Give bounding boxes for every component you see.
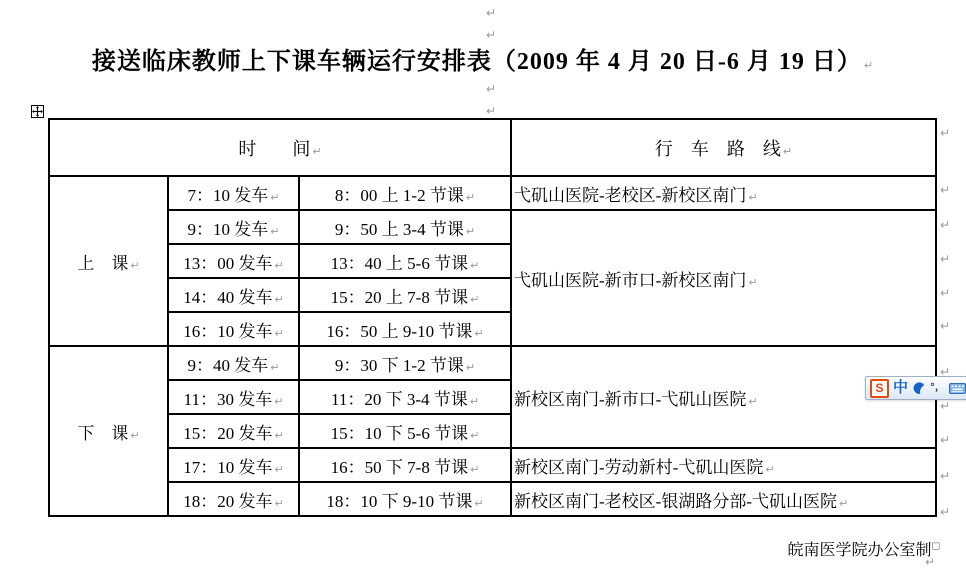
depart-text: 7：10 发车 (188, 186, 269, 205)
document-title-text: 接送临床教师上下课车辆运行安排表（2009 年 4 月 20 日-6 月 19 … (92, 49, 862, 75)
row-end-mark: ↵ (940, 320, 950, 332)
table-header-row: 时 间↵ 行 车 路 线↵ (49, 119, 936, 176)
table-row: 上 课↵ 7：10 发车↵ 8：00 上 1-2 节课↵ 弋矶山医院-老校区-新… (49, 176, 936, 210)
cell-route[interactable]: 新校区南门-劳动新村-弋矶山医院↵ (511, 448, 936, 482)
row-end-mark: ↵ (940, 434, 950, 446)
depart-text: 11：30 发车 (184, 390, 273, 409)
cell-class-time[interactable]: 16：50 上 9-10 节课↵ (299, 312, 511, 346)
depart-text: 9：10 发车 (188, 220, 269, 239)
chinese-mode-icon[interactable]: 中 (893, 380, 908, 396)
paragraph-mark-icon: ↵ (270, 225, 279, 238)
cell-depart-time[interactable]: 15：20 发车↵ (168, 414, 299, 448)
paragraph-mark-icon: ↵ (748, 276, 757, 289)
cell-route-merged[interactable]: 弋矶山医院-新市口-新校区南门↵ (511, 210, 936, 346)
depart-text: 18：20 发车 (183, 492, 272, 511)
paragraph-mark-icon: ↵ (275, 497, 284, 510)
paragraph-mark-icon: ↵ (275, 259, 284, 272)
cell-depart-time[interactable]: 11：30 发车↵ (168, 380, 299, 414)
depart-text: 16：10 发车 (183, 322, 272, 341)
cell-class-time[interactable]: 9：50 上 3-4 节课↵ (299, 210, 511, 244)
depart-text: 9：40 发车 (188, 356, 269, 375)
cell-depart-time[interactable]: 16：10 发车↵ (168, 312, 299, 346)
footer-credit[interactable]: 皖南医学院办公室制□ (505, 537, 940, 560)
cell-route[interactable]: 弋矶山医院-老校区-新校区南门↵ (511, 176, 936, 210)
section-label-cell[interactable]: 上 课↵ (49, 176, 168, 346)
route-text: 新校区南门-劳动新村-弋矶山医院 (514, 458, 763, 477)
cell-depart-time[interactable]: 18：20 发车↵ (168, 482, 299, 516)
paragraph-mark-icon: ↵ (474, 497, 483, 510)
paragraph-mark-icon: ↵ (466, 225, 475, 238)
paragraph-mark-icon: ↵ (925, 556, 935, 568)
class-text: 11：20 下 3-4 节课 (331, 390, 468, 409)
section-label-text: 上 课 (77, 254, 128, 273)
depart-text: 14：40 发车 (183, 288, 272, 307)
paragraph-mark-icon: ↵ (275, 463, 284, 476)
row-end-mark: ↵ (940, 506, 950, 518)
class-text: 9：30 下 1-2 节课 (335, 356, 464, 375)
paragraph-mark-icon: ↵ (470, 259, 479, 272)
paragraph-mark-icon: ↵ (474, 327, 483, 340)
cell-end-mark: □ (931, 542, 940, 552)
cell-route[interactable]: 新校区南门-老校区-银湖路分部-弋矶山医院↵ (511, 482, 936, 516)
paragraph-mark-icon: ↵ (270, 191, 279, 204)
cell-class-time[interactable]: 9：30 下 1-2 节课↵ (299, 346, 511, 380)
row-end-mark: ↵ (940, 400, 950, 412)
route-text: 新校区南门-新市口-弋矶山医院 (514, 390, 746, 409)
document-title[interactable]: 接送临床教师上下课车辆运行安排表（2009 年 4 月 20 日-6 月 19 … (0, 41, 966, 76)
depart-text: 13：00 发车 (183, 254, 272, 273)
paragraph-mark-icon: ↵ (864, 59, 874, 72)
paragraph-mark-icon: ↵ (765, 463, 774, 476)
depart-text: 15：20 发车 (183, 424, 272, 443)
row-end-mark: ↵ (940, 253, 950, 265)
paragraph-mark-icon: ↵ (470, 429, 479, 442)
paragraph-mark-icon: ↵ (470, 395, 479, 408)
depart-text: 17：10 发车 (183, 458, 272, 477)
paragraph-mark-icon: ↵ (839, 497, 848, 510)
paragraph-mark-icon: ↵ (275, 327, 284, 340)
header-cell-time[interactable]: 时 间↵ (49, 119, 511, 176)
table-row: 18：20 发车↵ 18：10 下 9-10 节课↵ 新校区南门-老校区-银湖路… (49, 482, 936, 516)
table-row: 9：10 发车↵ 9：50 上 3-4 节课↵ 弋矶山医院-新市口-新校区南门↵ (49, 210, 936, 244)
cell-class-time[interactable]: 8：00 上 1-2 节课↵ (299, 176, 511, 210)
row-end-mark: ↵ (940, 470, 950, 482)
class-text: 18：10 下 9-10 节课 (326, 492, 472, 511)
cell-class-time[interactable]: 11：20 下 3-4 节课↵ (299, 380, 511, 414)
sogou-logo-icon[interactable]: S (870, 379, 889, 398)
route-text: 弋矶山医院-老校区-新校区南门 (514, 186, 746, 205)
paragraph-mark-icon: ↵ (270, 361, 279, 374)
route-text: 弋矶山医院-新市口-新校区南门 (514, 271, 746, 290)
table-move-handle[interactable] (31, 105, 44, 118)
punctuation-mode-icon[interactable]: °， (930, 383, 945, 393)
header-route-text: 行 车 路 线 (655, 139, 781, 159)
class-text: 15：10 下 5-6 节课 (331, 424, 468, 443)
class-text: 13：40 上 5-6 节课 (331, 254, 468, 273)
section-label-cell[interactable]: 下 课↵ (49, 346, 168, 516)
class-text: 16：50 上 9-10 节课 (326, 322, 472, 341)
cell-class-time[interactable]: 16：50 下 7-8 节课↵ (299, 448, 511, 482)
cell-depart-time[interactable]: 7：10 发车↵ (168, 176, 299, 210)
class-text: 16：50 下 7-8 节课 (331, 458, 468, 477)
cell-class-time[interactable]: 18：10 下 9-10 节课↵ (299, 482, 511, 516)
cell-depart-time[interactable]: 14：40 发车↵ (168, 278, 299, 312)
section-label-text: 下 课 (77, 424, 128, 443)
route-text: 新校区南门-老校区-银湖路分部-弋矶山医院 (514, 492, 837, 511)
paragraph-mark-icon: ↵ (748, 395, 757, 408)
paragraph-mark-icon: ↵ (466, 361, 475, 374)
table-row: 17：10 发车↵ 16：50 下 7-8 节课↵ 新校区南门-劳动新村-弋矶山… (49, 448, 936, 482)
footer-text: 皖南医学院办公室制 (787, 542, 931, 559)
ime-language-bar: S 中 °， (865, 376, 966, 400)
paragraph-mark-icon: ↵ (486, 29, 496, 41)
cell-class-time[interactable]: 15：10 下 5-6 节课↵ (299, 414, 511, 448)
paragraph-mark-icon: ↵ (486, 83, 496, 95)
paragraph-mark-icon: ↵ (130, 429, 139, 442)
paragraph-mark-icon: ↵ (470, 293, 479, 306)
cell-class-time[interactable]: 15：20 上 7-8 节课↵ (299, 278, 511, 312)
cell-depart-time[interactable]: 9：40 发车↵ (168, 346, 299, 380)
paragraph-mark-icon: ↵ (783, 145, 792, 158)
cell-class-time[interactable]: 13：40 上 5-6 节课↵ (299, 244, 511, 278)
cell-depart-time[interactable]: 13：00 发车↵ (168, 244, 299, 278)
paragraph-mark-icon: ↵ (470, 463, 479, 476)
paragraph-mark-icon: ↵ (275, 293, 284, 306)
class-text: 15：20 上 7-8 节课 (331, 288, 468, 307)
paragraph-mark-icon: ↵ (748, 191, 757, 204)
move-cross-icon (32, 106, 43, 117)
fullwidth-moon-icon[interactable] (912, 381, 926, 395)
header-time-text: 时 间 (238, 139, 310, 159)
row-end-mark: ↵ (940, 127, 950, 139)
row-end-mark: ↵ (940, 287, 950, 299)
row-end-mark: ↵ (940, 219, 950, 231)
paragraph-mark-icon: ↵ (486, 7, 496, 19)
bus-schedule-table: 时 间↵ 行 车 路 线↵ 上 课↵ 7：10 发车↵ 8：00 上 1-2 节… (48, 118, 937, 517)
row-end-mark: ↵ (940, 184, 950, 196)
paragraph-mark-icon: ↵ (312, 145, 321, 158)
paragraph-mark-icon: ↵ (274, 395, 283, 408)
paragraph-mark-icon: ↵ (466, 191, 475, 204)
paragraph-mark-icon: ↵ (486, 105, 496, 117)
word-document-page: ↵ ↵ 接送临床教师上下课车辆运行安排表（2009 年 4 月 20 日-6 月… (0, 0, 966, 574)
cell-depart-time[interactable]: 17：10 发车↵ (168, 448, 299, 482)
class-text: 9：50 上 3-4 节课 (335, 220, 464, 239)
paragraph-mark-icon: ↵ (130, 259, 139, 272)
class-text: 8：00 上 1-2 节课 (335, 186, 464, 205)
soft-keyboard-icon[interactable] (949, 382, 966, 395)
paragraph-mark-icon: ↵ (275, 429, 284, 442)
table-row: 下 课↵ 9：40 发车↵ 9：30 下 1-2 节课↵ 新校区南门-新市口-弋… (49, 346, 936, 380)
header-cell-route[interactable]: 行 车 路 线↵ (511, 119, 936, 176)
cell-depart-time[interactable]: 9：10 发车↵ (168, 210, 299, 244)
